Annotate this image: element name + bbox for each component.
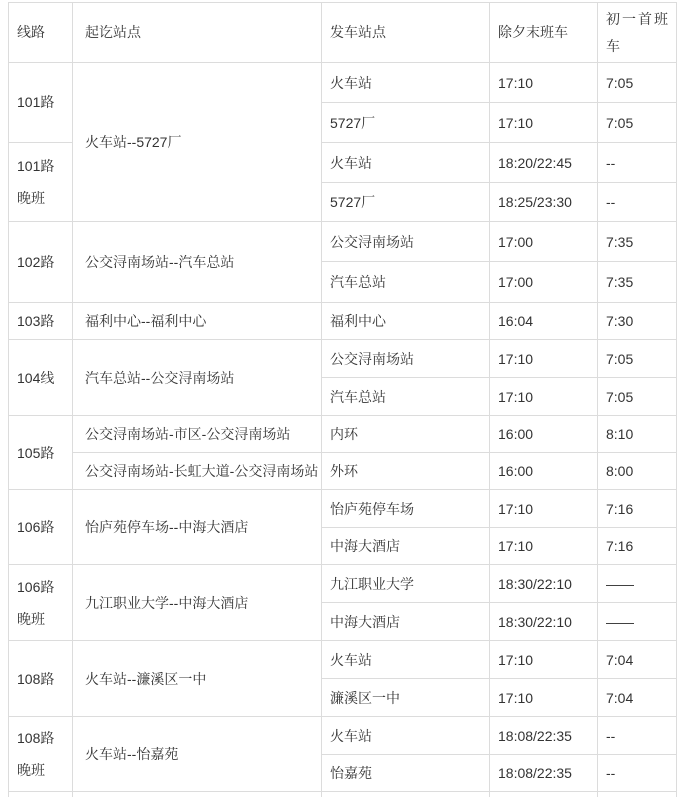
departure-station-cell: 5727厂 (322, 103, 490, 143)
first-bus-cell: -- (598, 755, 677, 792)
departure-station-cell: 火车站 (322, 641, 490, 679)
table-row: 106路晚班 九江职业大学--中海大酒店 九江职业大学 18:30/22:10 … (9, 565, 677, 603)
origin-destination-cell: 火车站--怡嘉苑 (73, 717, 322, 792)
eve-last-bus-cell: 18:30/22:10 (490, 565, 598, 603)
header-route: 线路 (9, 3, 73, 63)
departure-station-cell: 怡庐苑停车场 (322, 490, 490, 528)
eve-last-bus-cell (490, 792, 598, 797)
departure-station-cell: 怡嘉苑 (322, 755, 490, 792)
eve-last-bus-cell: 17:10 (490, 103, 598, 143)
header-departure-station: 发车站点 (322, 3, 490, 63)
departure-station-cell: 汽车总站 (322, 262, 490, 303)
route-cell (9, 792, 73, 797)
origin-destination-cell: 福利中心--福利中心 (73, 303, 322, 340)
eve-last-bus-cell: 17:10 (490, 490, 598, 528)
first-bus-cell: 7:04 (598, 679, 677, 717)
first-bus-cell: -- (598, 183, 677, 222)
origin-destination-cell: 汽车总站--公交浔南场站 (73, 340, 322, 416)
eve-last-bus-cell: 16:04 (490, 303, 598, 340)
departure-station-cell: 火车站 (322, 717, 490, 755)
first-bus-cell: 7:35 (598, 222, 677, 262)
departure-station-cell: 九江职业大学 (322, 565, 490, 603)
first-bus-cell: 7:05 (598, 103, 677, 143)
route-cell: 101路 (9, 63, 73, 143)
table-row: 108路 火车站--濂溪区一中 火车站 17:10 7:04 (9, 641, 677, 679)
departure-station-cell: 5727厂 (322, 183, 490, 222)
departure-station-cell: 中海大酒店 (322, 603, 490, 641)
origin-destination-cell (73, 792, 322, 797)
first-bus-cell: —— (598, 603, 677, 641)
origin-destination-cell: 公交浔南场站-长虹大道-公交浔南场站 (73, 453, 322, 490)
eve-last-bus-cell: 17:00 (490, 222, 598, 262)
eve-last-bus-cell: 16:00 (490, 453, 598, 490)
header-eve-last-bus: 除夕末班车 (490, 3, 598, 63)
departure-station-cell: 汽车总站 (322, 378, 490, 416)
header-first-day-first-bus: 初一首班车 (598, 3, 677, 63)
departure-station-cell: 火车站 (322, 143, 490, 183)
table-row: 105路 公交浔南场站-市区-公交浔南场站 内环 16:00 8:10 (9, 416, 677, 453)
departure-station-cell: 中海大酒店 (322, 528, 490, 565)
route-cell: 104线 (9, 340, 73, 416)
first-bus-cell: 7:05 (598, 378, 677, 416)
eve-last-bus-cell: 17:00 (490, 262, 598, 303)
eve-last-bus-cell: 17:10 (490, 641, 598, 679)
first-bus-cell: 7:16 (598, 490, 677, 528)
first-bus-cell: -- (598, 717, 677, 755)
table-row: 101路 火车站--5727厂 火车站 17:10 7:05 (9, 63, 677, 103)
first-bus-cell: 8:00 (598, 453, 677, 490)
route-cell: 108路 (9, 641, 73, 717)
eve-last-bus-cell: 17:10 (490, 679, 598, 717)
route-cell: 101路晚班 (9, 143, 73, 222)
departure-station-cell: 濂溪区一中 (322, 679, 490, 717)
departure-station-cell: 福利中心 (322, 303, 490, 340)
origin-destination-cell: 九江职业大学--中海大酒店 (73, 565, 322, 641)
first-bus-cell: 8:10 (598, 416, 677, 453)
origin-destination-cell: 火车站--濂溪区一中 (73, 641, 322, 717)
first-bus-cell: 7:16 (598, 528, 677, 565)
eve-last-bus-cell: 17:10 (490, 340, 598, 378)
table-row: 公交浔南场站-长虹大道-公交浔南场站 外环 16:00 8:00 (9, 453, 677, 490)
eve-last-bus-cell: 17:10 (490, 63, 598, 103)
eve-last-bus-cell: 18:25/23:30 (490, 183, 598, 222)
route-cell: 105路 (9, 416, 73, 490)
page: { "colors": { "background": "#ffffff", "… (0, 0, 684, 797)
first-bus-cell: 7:35 (598, 262, 677, 303)
origin-destination-cell: 怡庐苑停车场--中海大酒店 (73, 490, 322, 565)
route-cell: 106路 (9, 490, 73, 565)
table-row: 108路晚班 火车站--怡嘉苑 火车站 18:08/22:35 -- (9, 717, 677, 755)
first-bus-cell: 7:04 (598, 641, 677, 679)
eve-last-bus-cell: 17:10 (490, 378, 598, 416)
eve-last-bus-cell: 18:08/22:35 (490, 755, 598, 792)
first-bus-cell (598, 792, 677, 797)
first-bus-cell: 7:30 (598, 303, 677, 340)
first-bus-cell: 7:05 (598, 340, 677, 378)
departure-station-cell: 外环 (322, 453, 490, 490)
departure-station-cell: 内环 (322, 416, 490, 453)
partial-cutoff-row (9, 792, 677, 797)
route-cell: 108路晚班 (9, 717, 73, 792)
table-row: 104线 汽车总站--公交浔南场站 公交浔南场站 17:10 7:05 (9, 340, 677, 378)
eve-last-bus-cell: 18:30/22:10 (490, 603, 598, 641)
origin-destination-cell: 公交浔南场站-市区-公交浔南场站 (73, 416, 322, 453)
first-bus-cell: —— (598, 565, 677, 603)
eve-last-bus-cell: 17:10 (490, 528, 598, 565)
table-row: 103路 福利中心--福利中心 福利中心 16:04 7:30 (9, 303, 677, 340)
eve-last-bus-cell: 16:00 (490, 416, 598, 453)
bus-schedule-table: 线路 起讫站点 发车站点 除夕末班车 初一首班车 101路 火车站--5727厂… (8, 2, 677, 797)
departure-station-cell: 公交浔南场站 (322, 340, 490, 378)
header-origin-destination: 起讫站点 (73, 3, 322, 63)
first-bus-cell: -- (598, 143, 677, 183)
route-cell: 103路 (9, 303, 73, 340)
departure-station-cell (322, 792, 490, 797)
departure-station-cell: 公交浔南场站 (322, 222, 490, 262)
route-cell: 102路 (9, 222, 73, 303)
origin-destination-cell: 火车站--5727厂 (73, 63, 322, 222)
departure-station-cell: 火车站 (322, 63, 490, 103)
first-bus-cell: 7:05 (598, 63, 677, 103)
table-row: 106路 怡庐苑停车场--中海大酒店 怡庐苑停车场 17:10 7:16 (9, 490, 677, 528)
eve-last-bus-cell: 18:20/22:45 (490, 143, 598, 183)
route-cell: 106路晚班 (9, 565, 73, 641)
table-row: 102路 公交浔南场站--汽车总站 公交浔南场站 17:00 7:35 (9, 222, 677, 262)
origin-destination-cell: 公交浔南场站--汽车总站 (73, 222, 322, 303)
eve-last-bus-cell: 18:08/22:35 (490, 717, 598, 755)
